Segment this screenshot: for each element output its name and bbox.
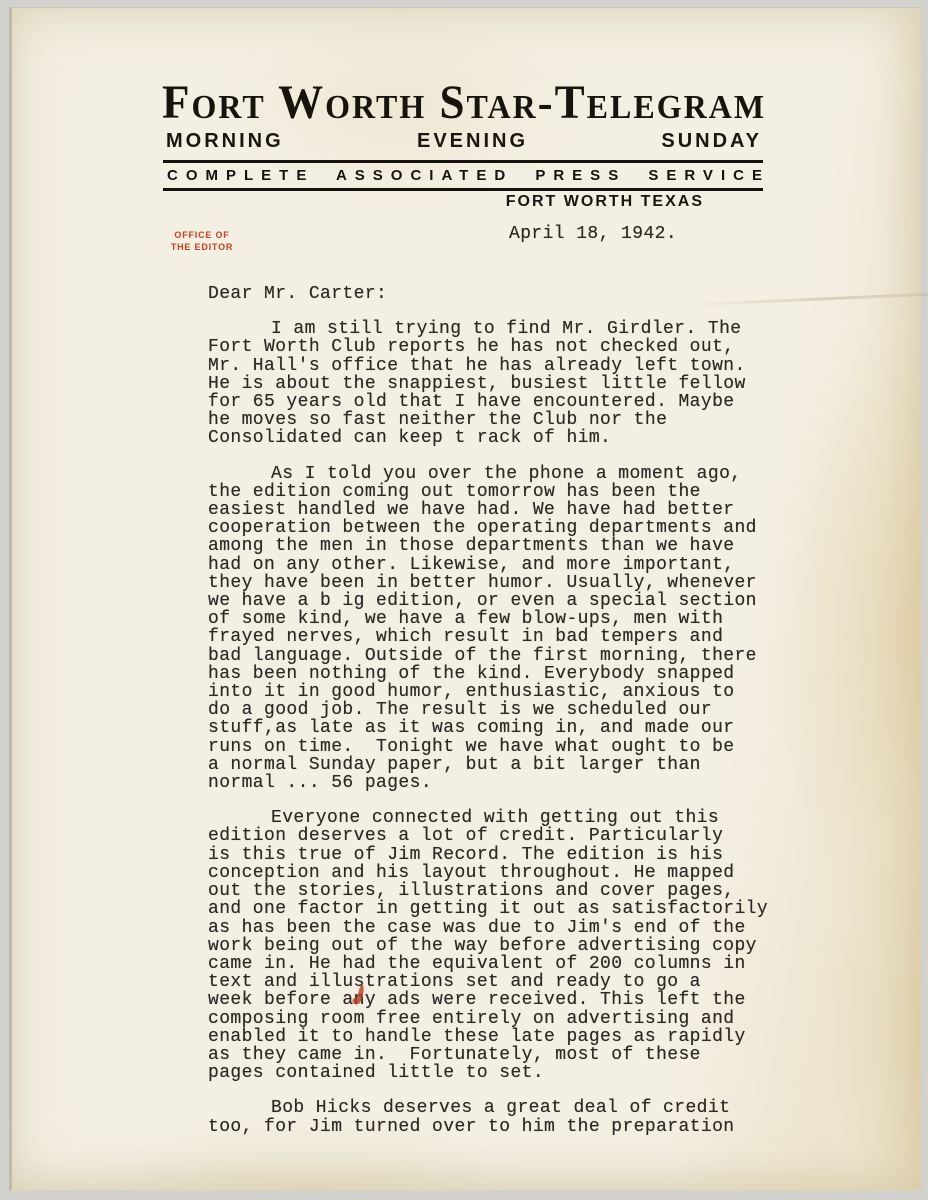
letter-paragraph-2: As I told you over the phone a moment ag… xyxy=(208,465,774,793)
edition-sunday-label: SUNDAY xyxy=(661,130,762,153)
letter-body: Dear Mr. Carter: I am still trying to fi… xyxy=(208,285,774,1136)
edition-morning-label: MORNING xyxy=(166,130,284,153)
letter-paragraph-4: Bob Hicks deserves a great deal of credi… xyxy=(208,1099,774,1135)
office-of-editor-stamp: OFFICE OF THE EDITOR xyxy=(152,229,252,253)
edition-evening-label: EVENING xyxy=(417,130,528,153)
letter-paragraph-1: I am still trying to find Mr. Girdler. T… xyxy=(208,320,774,447)
newspaper-title: Fort Worth Star-Telegram xyxy=(160,77,768,128)
city-line: FORT WORTH TEXAS xyxy=(506,193,704,211)
press-service-banner: COMPLETE ASSOCIATED PRESS SERVICE xyxy=(163,160,763,191)
salutation: Dear Mr. Carter: xyxy=(208,285,774,303)
editions-row: MORNING EVENING SUNDAY xyxy=(166,130,762,153)
letter-paragraph-3: Everyone connected with getting out this… xyxy=(208,809,774,1082)
date-line: April 18, 1942. xyxy=(509,224,677,244)
